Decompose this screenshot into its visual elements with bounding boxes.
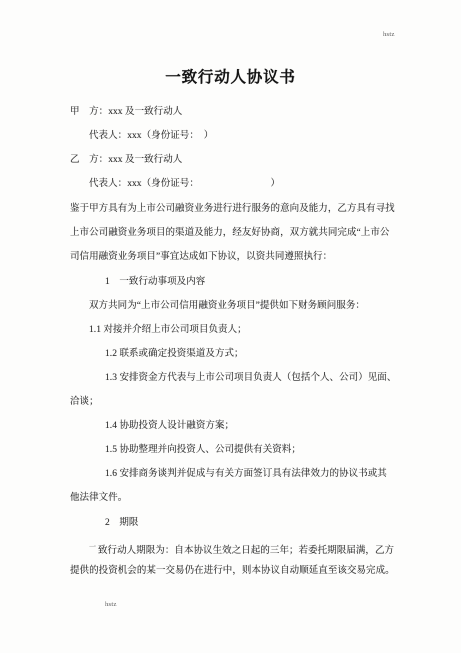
clause-1-6-line-1: 1.6 安排商务谈判并促成与有关方面签订具有法律效力的协议书或其 [105, 468, 387, 481]
party-a-representative-line: 代表人：xxx（身份证号： ） [89, 130, 213, 143]
section-1-intro: 双方共同为“上市公司信用融资业务项目”提供如下财务顾问服务： [89, 300, 365, 313]
clause-1-6-line-2: 他法律文件。 [70, 492, 127, 505]
party-b-representative-line: 代表人：xxx（身份证号： ） [89, 178, 280, 191]
section-2-body-line-2: 提供的投资机会的某一交易仍在进行中，则本协议自动顺延直至该交易完成。 [70, 565, 395, 578]
footer-watermark: hstz [105, 601, 117, 608]
page-title: 一致行动人协议书 [0, 65, 461, 87]
section-2-heading: 2 期限 [105, 517, 138, 530]
clause-1-4: 1.4 协助投资人设计融资方案； [105, 420, 234, 433]
preamble-line-3: 司信用融资业务项目”事宜达成如下协议，以资共同遵照执行： [70, 251, 332, 264]
section-1-heading: 1 一致行动事项及内容 [105, 276, 205, 289]
section-2-body-line-1: 一致行动人期限为：自本协议生效之日起的三年；若委托期限届满，乙方 [89, 541, 394, 558]
header-watermark: hstz [383, 31, 395, 38]
clause-1-1: 1.1 对接并介绍上市公司项目负责人； [89, 324, 247, 337]
clause-1-5: 1.5 协助整理并向投资人、公司提供有关资料； [105, 444, 301, 457]
clause-1-2: 1.2 联系或确定投资渠道及方式； [105, 348, 244, 361]
preamble-line-2: 上市公司融资业务项目的渠道及能力，经友好协商，双方就共同完成“上市公 [70, 227, 389, 240]
preamble-line-1: 鉴于甲方具有为上市公司融资业务进行进行服务的意向及能力，乙方具有寻找 [70, 203, 395, 216]
party-a-line: 甲 方：xxx 及一致行动人 [70, 106, 182, 119]
clause-1-3-line-2: 洽谈； [70, 396, 99, 409]
document-page: hstz 一致行动人协议书 甲 方：xxx 及一致行动人 代表人：xxx（身份证… [0, 0, 461, 653]
clause-1-3-line-1: 1.3 安排资金方代表与上市公司项目负责人（包括个人、公司）见面、 [105, 372, 396, 385]
party-b-line: 乙 方：xxx 及一致行动人 [70, 154, 182, 167]
